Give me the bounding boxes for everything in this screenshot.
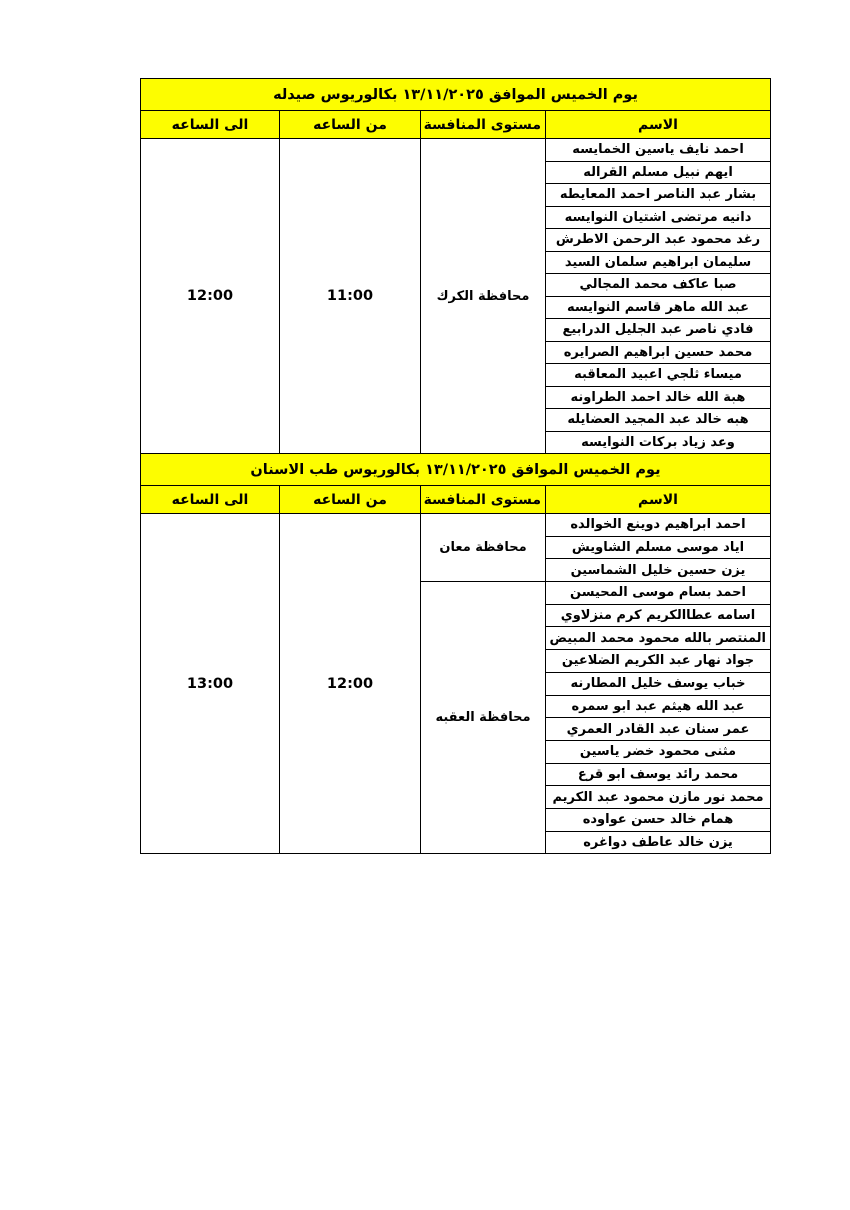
name-cell: محمد حسين ابراهيم الصرايره [546, 341, 771, 364]
name-cell: وعد زياد بركات النوايسه [546, 431, 771, 454]
table-body: احمد ابراهيم دوينع الخوالدهمحافظة معان12… [140, 514, 770, 854]
name-cell: احمد بسام موسى المحيسن [546, 582, 771, 605]
level-cell: محافظة معان [421, 514, 546, 582]
name-cell: ايهم نبيل مسلم القراله [546, 161, 771, 184]
name-cell: سليمان ابراهيم سلمان السيد [546, 251, 771, 274]
name-cell: هبة الله خالد احمد الطراونه [546, 386, 771, 409]
level-cell: محافظة العقبه [421, 582, 546, 854]
name-cell: همام خالد حسن عواوده [546, 808, 771, 831]
name-cell: فادي ناصر عبد الجليل الدرابيع [546, 319, 771, 342]
name-cell: عمر سنان عبد القادر العمري [546, 718, 771, 741]
name-cell: احمد ابراهيم دوينع الخوالده [546, 514, 771, 537]
name-cell: المنتصر بالله محمود محمد المبيض [546, 627, 771, 650]
col-header-from: من الساعه [280, 486, 421, 514]
col-header-to: الى الساعه [140, 486, 279, 514]
dentistry-schedule-table: يوم الخميس الموافق ١٣/١١/٢٠٢٥ بكالوريوس … [140, 453, 771, 854]
name-cell: خباب يوسف خليل المطارنه [546, 672, 771, 695]
table-body: احمد نايف ياسين الخمايسهمحافظة الكرك11:0… [141, 139, 771, 454]
name-cell: احمد نايف ياسين الخمايسه [546, 139, 771, 162]
from-time-cell: 11:00 [280, 139, 421, 454]
name-cell: رغد محمود عبد الرحمن الاطرش [546, 229, 771, 252]
name-cell: بشار عبد الناصر احمد المعايطه [546, 184, 771, 207]
col-header-name: الاسم [546, 486, 771, 514]
table-title-row: يوم الخميس الموافق ١٣/١١/٢٠٢٥ بكالوريوس … [140, 454, 770, 486]
name-cell: محمد رائد يوسف ابو قرع [546, 763, 771, 786]
col-header-name: الاسم [546, 111, 771, 139]
name-cell: جواد نهار عبد الكريم الضلاعين [546, 650, 771, 673]
name-cell: محمد نور مازن محمود عبد الكريم [546, 786, 771, 809]
table-title: يوم الخميس الموافق ١٣/١١/٢٠٢٥ بكالوريوس … [141, 79, 771, 111]
schedule-tables: يوم الخميس الموافق ١٣/١١/٢٠٢٥ بكالوريوس … [141, 78, 771, 854]
name-cell: مثنى محمود خضر ياسين [546, 740, 771, 763]
to-time-cell: 13:00 [140, 514, 279, 854]
col-header-from: من الساعه [280, 111, 421, 139]
name-cell: دانيه مرتضى اشتيان النوايسه [546, 206, 771, 229]
name-cell: صبا عاكف محمد المجالي [546, 274, 771, 297]
table-row: احمد نايف ياسين الخمايسهمحافظة الكرك11:0… [141, 139, 771, 162]
name-cell: يزن خالد عاطف دواغره [546, 831, 771, 854]
col-header-level: مستوى المنافسة [421, 111, 546, 139]
table-row: احمد ابراهيم دوينع الخوالدهمحافظة معان12… [140, 514, 770, 537]
pharmacy-schedule-table: يوم الخميس الموافق ١٣/١١/٢٠٢٥ بكالوريوس … [140, 78, 771, 454]
col-header-to: الى الساعه [141, 111, 280, 139]
level-cell: محافظة الكرك [421, 139, 546, 454]
from-time-cell: 12:00 [280, 514, 421, 854]
col-header-level: مستوى المنافسة [421, 486, 546, 514]
column-header-row: الاسم مستوى المنافسة من الساعه الى الساع… [140, 486, 770, 514]
name-cell: عبد الله هيثم عبد ابو سمره [546, 695, 771, 718]
name-cell: يزن حسين خليل الشماسين [546, 559, 771, 582]
name-cell: ميساء ثلجي اعبيد المعاقبه [546, 364, 771, 387]
document-page: يوم الخميس الموافق ١٣/١١/٢٠٢٥ بكالوريوس … [0, 0, 850, 1210]
name-cell: هبه خالد عبد المجيد العضايله [546, 409, 771, 432]
name-cell: اياد موسى مسلم الشاويش [546, 536, 771, 559]
table-title-row: يوم الخميس الموافق ١٣/١١/٢٠٢٥ بكالوريوس … [141, 79, 771, 111]
column-header-row: الاسم مستوى المنافسة من الساعه الى الساع… [141, 111, 771, 139]
name-cell: عبد الله ماهر قاسم النوايسه [546, 296, 771, 319]
name-cell: اسامه عطاالكريم كرم منزلاوي [546, 604, 771, 627]
table-title: يوم الخميس الموافق ١٣/١١/٢٠٢٥ بكالوريوس … [140, 454, 770, 486]
to-time-cell: 12:00 [141, 139, 280, 454]
